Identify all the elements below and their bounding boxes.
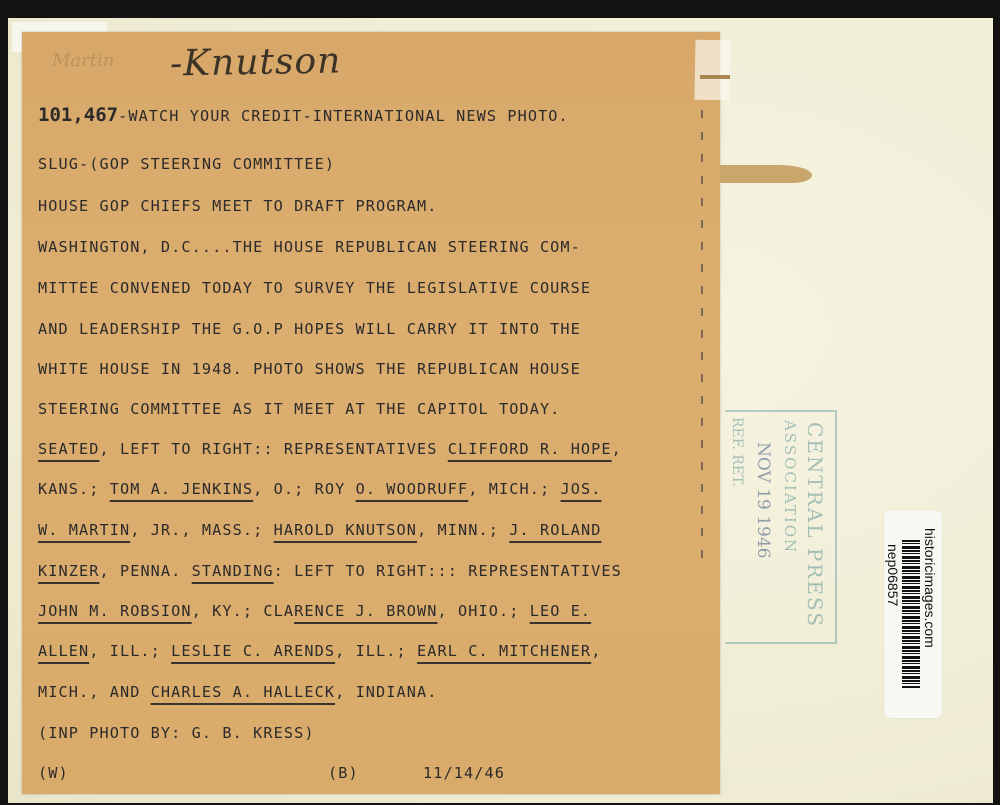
- caption-line-codes: (W)(B)11/14/46: [38, 764, 69, 782]
- caption-line: STEERING COMMITTEE AS IT MEET AT THE CAP…: [38, 400, 560, 418]
- handwritten-note: -Knutson: [170, 41, 342, 85]
- central-press-stamp: CENTRAL PRESS ASSOCIATION NOV 19 1946 RE…: [725, 410, 837, 644]
- caption-line-names: MICH., AND CHARLES A. HALLECK, INDIANA.: [38, 683, 438, 701]
- barcode-label: historicimages.com nep06857: [884, 510, 942, 718]
- caption-date: 11/14/46: [423, 764, 505, 782]
- handwritten-faint-note: Martin: [52, 50, 114, 71]
- caption-line: AND LEADERSHIP THE G.O.P HOPES WILL CARR…: [38, 320, 581, 338]
- label-code: nep06857: [885, 544, 901, 606]
- caption-line-names: KANS.; TOM A. JENKINS, O.; ROY O. WOODRU…: [38, 480, 601, 498]
- caption-line-seated: SEATED, LEFT TO RIGHT:: REPRESENTATIVES …: [38, 440, 622, 458]
- label-site: historicimages.com: [922, 528, 938, 648]
- perforation-marks: [701, 110, 703, 560]
- caption-line-credit: (INP PHOTO BY: G. B. KRESS): [38, 724, 315, 742]
- caption-line-names: W. MARTIN, JR., MASS.; HAROLD KNUTSON, M…: [38, 521, 601, 539]
- background-edge: [993, 0, 1000, 805]
- caption-line-headline: HOUSE GOP CHIEFS MEET TO DRAFT PROGRAM.: [38, 197, 438, 215]
- caption-line-slug: SLUG-(GOP STEERING COMMITTEE): [38, 155, 335, 173]
- caption-line: WHITE HOUSE IN 1948. PHOTO SHOWS THE REP…: [38, 360, 581, 378]
- photo-id: 101,467: [38, 104, 118, 126]
- barcode-icon: [902, 540, 920, 688]
- caption-line: MITTEE CONVENED TODAY TO SURVEY THE LEGI…: [38, 279, 591, 297]
- caption-line-names: ALLEN, ILL.; LESLIE C. ARENDS, ILL.; EAR…: [38, 642, 601, 660]
- stamp-date: NOV 19 1946: [753, 442, 773, 559]
- tape-strip: [694, 40, 730, 101]
- caption-line-standing: KINZER, PENNA. STANDING: LEFT TO RIGHT::…: [38, 562, 622, 580]
- caption-fold: [700, 75, 730, 79]
- caption-line-names: JOHN M. ROBSION, KY.; CLARENCE J. BROWN,…: [38, 602, 591, 620]
- glue-residue: [720, 165, 812, 183]
- caption-line: WASHINGTON, D.C....THE HOUSE REPUBLICAN …: [38, 238, 581, 256]
- caption-line-header: 101,467-WATCH YOUR CREDIT-INTERNATIONAL …: [38, 106, 569, 125]
